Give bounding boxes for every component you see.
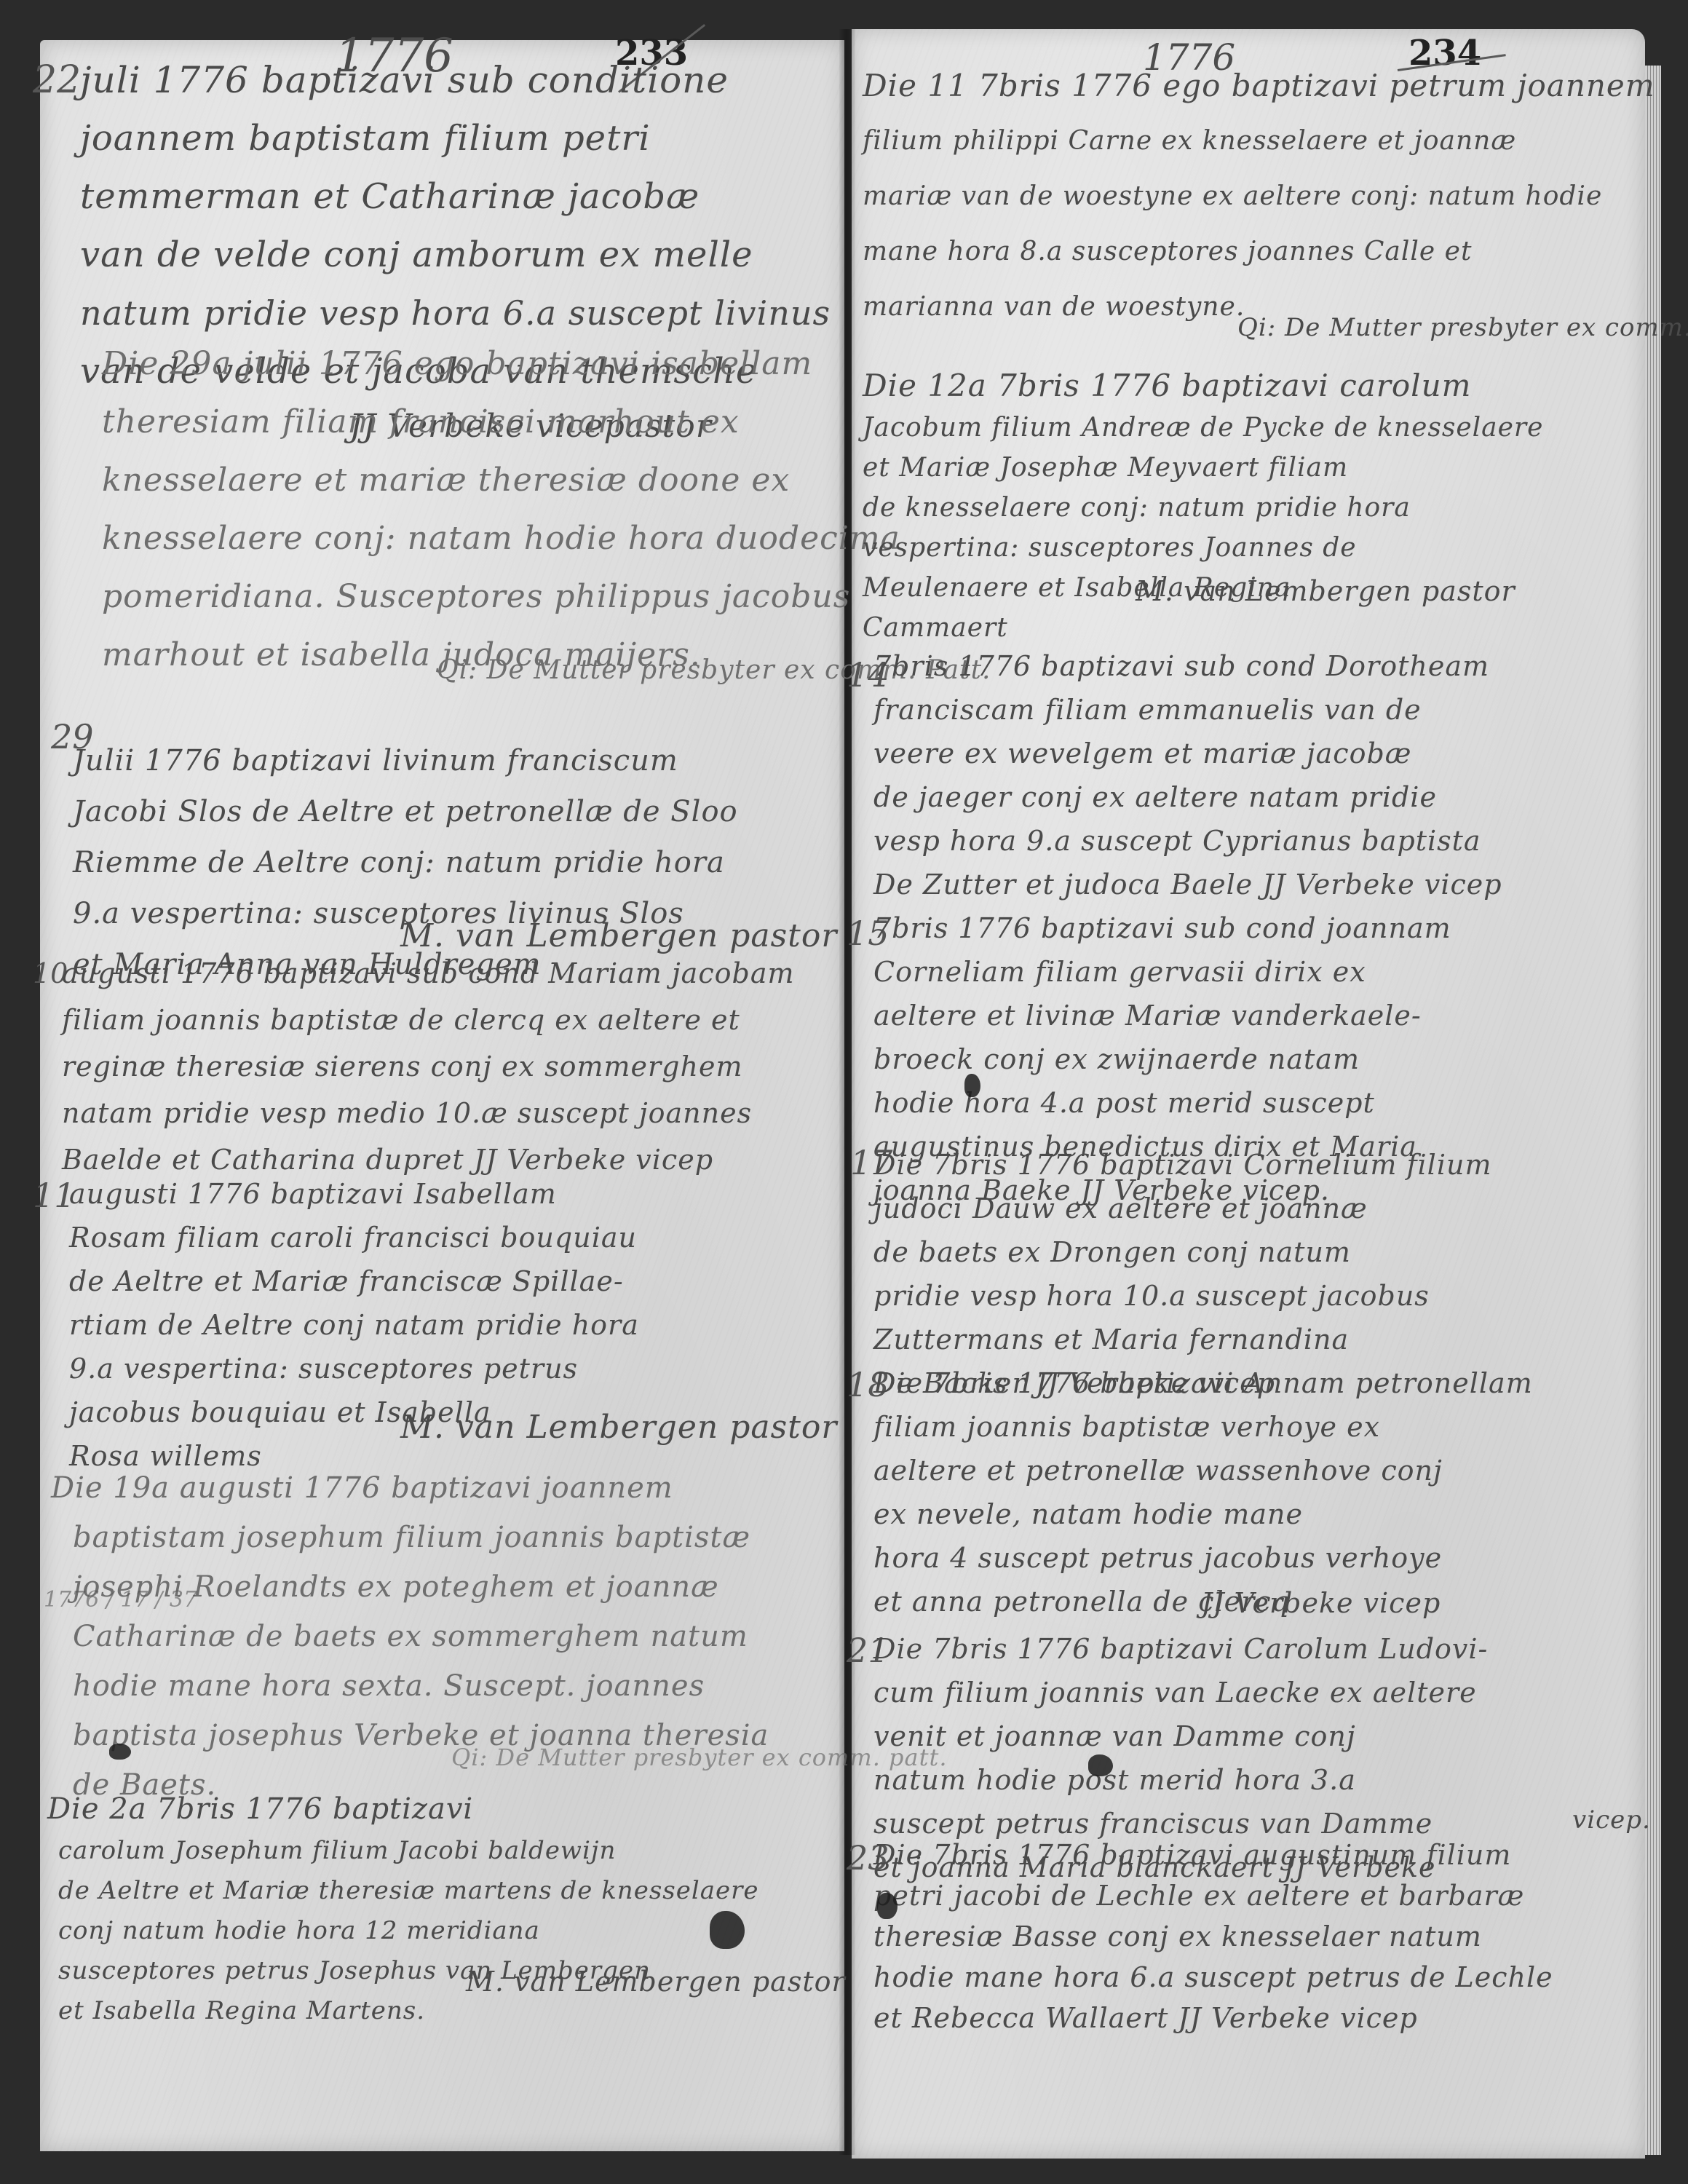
- entry-line: petri jacobi de Lechle ex aeltere et bar…: [873, 1875, 1553, 1916]
- ink-blot: [964, 1074, 980, 1097]
- entry-line: Cammaert: [863, 608, 1543, 648]
- entry-line: mane hora 8.a susceptores joannes Calle …: [863, 224, 1655, 280]
- entry-line: de baets ex Drongen conj natum: [873, 1230, 1491, 1274]
- priest-signature: M. van Lembergen pastor: [400, 1409, 837, 1446]
- entry-line: mariæ van de woestyne ex aeltere conj: n…: [863, 169, 1655, 224]
- entry-line: franciscam filiam emmanuelis van de: [873, 688, 1502, 732]
- baptism-entry: Die 29a julii 1776 ego baptizavi isabell…: [102, 335, 900, 684]
- entry-line: et Mariæ Josephæ Meyvaert filiam: [863, 448, 1543, 488]
- ink-blot: [877, 1893, 898, 1919]
- entry-line: hodie mane hora 6.a suscept petrus de Le…: [873, 1957, 1553, 1998]
- entry-line: Corneliam filiam gervasii dirix ex: [873, 950, 1451, 994]
- entry-line: pridie vesp hora 10.a suscept jacobus: [873, 1274, 1491, 1318]
- priest-signature: M. van Lembergen pastor: [400, 917, 837, 954]
- entry-line: cum filium joannis van Laecke ex aeltere: [873, 1671, 1488, 1714]
- priest-signature: JJ Verbeke vicep: [1201, 1587, 1441, 1619]
- entry-line: Die 2a 7bris 1776 baptizavi: [47, 1787, 758, 1831]
- entry-line: Riemme de Aeltre conj: natum pridie hora: [73, 837, 738, 888]
- entry-line: natam pridie vesp medio 10.æ suscept joa…: [62, 1090, 795, 1136]
- baptism-entry: 7bris 1776 baptizavi sub cond Dorotheam …: [873, 644, 1502, 906]
- entry-line: 7bris 1776 baptizavi sub cond Dorotheam: [873, 644, 1502, 688]
- ink-blot: [1088, 1754, 1113, 1776]
- entry-line: vesp hora 9.a suscept Cyprianus baptista: [873, 819, 1502, 863]
- entry-line: theresiam filiam francisci marhout ex: [102, 393, 900, 451]
- entry-line: natum pridie vesp hora 6.a suscept livin…: [80, 284, 831, 342]
- entry-line: augusti 1776 baptizavi Isabellam: [69, 1172, 639, 1216]
- entry-line: van de velde conj amborum ex melle: [80, 226, 831, 284]
- entry-line: aeltere et petronellæ wassenhove conj: [873, 1449, 1533, 1492]
- entry-line: Die 7bris 1776 baptizavi Cornelium filiu…: [873, 1143, 1491, 1187]
- entry-line: baptistam josephum filium joannis baptis…: [51, 1513, 769, 1562]
- entry-line: filiam joannis baptistæ de clercq ex ael…: [62, 997, 795, 1043]
- entry-line: 7bris 1776 baptizavi sub cond joannam: [873, 906, 1451, 950]
- entry-line: Rosam filiam caroli francisci bouquiau: [69, 1216, 639, 1259]
- entry-line: Die 12a 7bris 1776 baptizavi carolum: [863, 364, 1543, 408]
- entry-line: juli 1776 baptizavi sub conditione: [80, 51, 831, 109]
- entry-line: natum hodie post merid hora 3.a: [873, 1758, 1488, 1802]
- baptism-entry: Die 7bris 1776 baptizavi augustinum fili…: [873, 1835, 1553, 2038]
- entry-line: ex nevele, natam hodie mane: [873, 1492, 1533, 1536]
- entry-line: temmerman et Catharinæ jacobæ: [80, 167, 831, 226]
- entry-line: aeltere et livinæ Mariæ vanderkaele-: [873, 994, 1451, 1037]
- entry-line: Jacobum filium Andreæ de Pycke de knesse…: [863, 408, 1543, 448]
- entry-line: venit et joannæ van Damme conj: [873, 1714, 1488, 1758]
- priest-signature: M. van Lembergen pastor: [466, 1966, 846, 1998]
- entry-line: conj natum hodie hora 12 meridiana: [47, 1911, 758, 1951]
- ink-blot: [109, 1744, 131, 1760]
- entry-line: filium philippi Carne ex knesselaere et …: [863, 114, 1655, 169]
- entry-line: Zuttermans et Maria fernandina: [873, 1318, 1491, 1361]
- entry-line: De Zutter et judoca Baele JJ Verbeke vic…: [873, 863, 1502, 906]
- entry-line: filiam joannis baptistæ verhoye ex: [873, 1405, 1533, 1449]
- entry-line: joannem baptistam filium petri: [80, 109, 831, 167]
- baptism-entry: augusti 1776 baptizavi sub cond Mariam j…: [62, 950, 795, 1183]
- entry-line: hora 4 suscept petrus jacobus verhoye: [873, 1536, 1533, 1580]
- entry-line: de Aeltre et Mariæ franciscæ Spillae-: [69, 1259, 639, 1303]
- entry-line: de jaeger conj ex aeltere natam pridie: [873, 775, 1502, 819]
- entry-line: Catharinæ de baets ex sommerghem natum: [51, 1612, 769, 1661]
- baptism-entry: Die 11 7bris 1776 ego baptizavi petrum j…: [863, 58, 1655, 335]
- entry-line: Die 29a julii 1776 ego baptizavi isabell…: [102, 335, 900, 393]
- entry-line: et Rebecca Wallaert JJ Verbeke vicep: [873, 1998, 1553, 2038]
- entry-line: Die 7bris 1776 baptizavi Annam petronell…: [873, 1361, 1533, 1405]
- entry-line: knesselaere conj: natam hodie hora duode…: [102, 510, 900, 568]
- entry-line: reginæ theresiæ sierens conj ex sommergh…: [62, 1043, 795, 1090]
- entry-line: vespertina: susceptores Joannes de: [863, 528, 1543, 568]
- entry-line: pomeridiana. Susceptores philippus jacob…: [102, 568, 900, 626]
- entry-line: Die 7bris 1776 baptizavi Carolum Ludovi-: [873, 1627, 1488, 1671]
- entry-line: de Aeltre et Mariæ theresiæ martens de k…: [47, 1871, 758, 1911]
- pencil-margin-note: 1776 / 17 / 37: [44, 1587, 197, 1613]
- entry-line: hodie hora 4.a post merid suscept: [873, 1081, 1451, 1125]
- entry-line: Die 19a augusti 1776 baptizavi joannem: [51, 1463, 769, 1513]
- ink-blot: [710, 1911, 745, 1949]
- entry-line: Die 7bris 1776 baptizavi augustinum fili…: [873, 1835, 1553, 1875]
- entry-line: de knesselaere conj: natum pridie hora: [863, 488, 1543, 528]
- page-stack-edge: [1645, 66, 1661, 2155]
- entry-line: veere ex wevelgem et mariæ jacobæ: [873, 732, 1502, 775]
- baptism-entry: Die 7bris 1776 baptizavi Annam petronell…: [873, 1361, 1533, 1623]
- entry-line: Die 11 7bris 1776 ego baptizavi petrum j…: [863, 58, 1655, 114]
- entry-line: Julii 1776 baptizavi livinum franciscum: [73, 735, 738, 786]
- entry-line: judoci Dauw ex aeltere et joannæ: [873, 1187, 1491, 1230]
- entry-line: knesselaere et mariæ theresiæ doone ex: [102, 451, 900, 510]
- priest-signature: vicep.: [1572, 1805, 1651, 1835]
- entry-line: hodie mane hora sexta. Suscept. joannes: [51, 1661, 769, 1711]
- priest-signature: Qi: De Mutter presbyter ex comm. Patt.: [1237, 313, 1688, 342]
- entry-line: 9.a vespertina: susceptores petrus: [69, 1347, 639, 1390]
- entry-line: Jacobi Slos de Aeltre et petronellæ de S…: [73, 786, 738, 837]
- priest-signature: M. van Lembergen pastor: [1136, 575, 1515, 607]
- entry-line: carolum Josephum filium Jacobi baldewijn: [47, 1831, 758, 1871]
- entry-day-margin: 22: [33, 58, 81, 102]
- entry-line: augusti 1776 baptizavi sub cond Mariam j…: [62, 950, 795, 997]
- entry-line: rtiam de Aeltre conj natam pridie hora: [69, 1303, 639, 1347]
- entry-line: broeck conj ex zwijnaerde natam: [873, 1037, 1451, 1081]
- entry-line: theresiæ Basse conj ex knesselaer natum: [873, 1916, 1553, 1957]
